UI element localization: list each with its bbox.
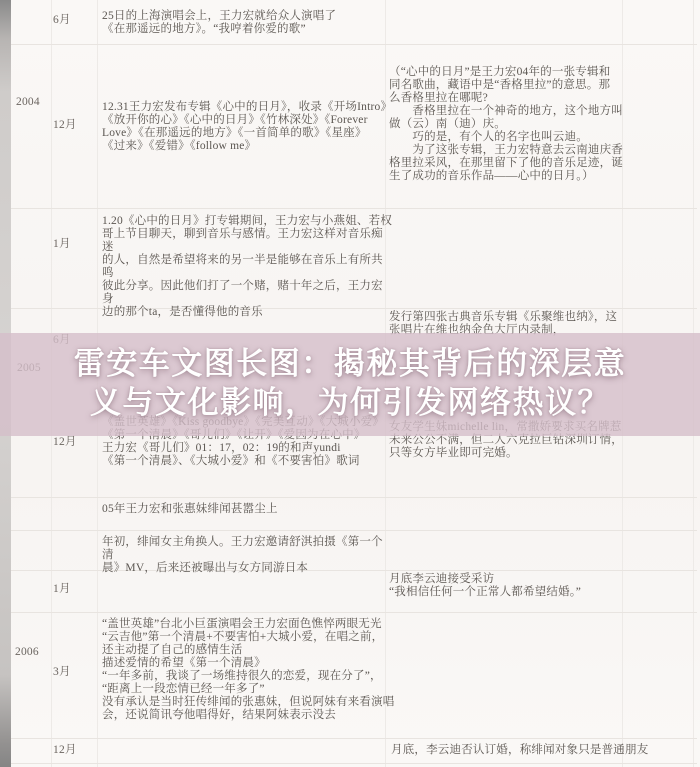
row-divider — [11, 738, 697, 739]
event-ten-year-bet: 1.20《心中的日月》打专辑期间，王力宏与小燕姐、若权 哥上节目聊天，聊到音乐与… — [102, 215, 394, 319]
month-label-dec-2005: 12月 — [53, 436, 77, 449]
row-divider — [11, 612, 697, 613]
event-hero-concert: “盖世英雄”台北小巨蛋演唱会王力宏面色憔悴两眼无光 “云吉他”第一个清晨+不要害… — [102, 618, 398, 722]
headline-line-1: 雷安车文图长图：揭秘其背后的深层意 — [0, 344, 700, 383]
row-divider — [11, 44, 697, 45]
month-label-jan-2006: 1月 — [53, 583, 71, 596]
timeline-photo: 6月 25日的上海演唱会上，王力宏就给众人演唱了 《在那遥远的地方》。“我哼着你… — [0, 0, 700, 767]
month-label-dec-2006: 12月 — [53, 744, 77, 757]
comment-yundi-interview: 月底李云迪接受采访 “我相信任何一个正常人都希望结婚。” — [389, 573, 637, 599]
row-divider — [11, 530, 697, 531]
month-label-mar-2006: 3月 — [53, 666, 71, 679]
row-divider — [11, 763, 697, 764]
row-divider — [11, 497, 697, 498]
month-label-jun-2004: 6月 — [53, 14, 71, 27]
event-shanghai-concert: 25日的上海演唱会上，王力宏就给众人演唱了 《在那遥远的地方》。“我哼着你爱的歌… — [102, 10, 390, 36]
headline-title: 雷安车文图长图：揭秘其背后的深层意 义与文化影响，为何引发网络热议？ — [0, 344, 700, 422]
event-mv-japan: 年初，绯闻女主角换人。王力宏邀请舒淇拍摄《第一个清 晨》MV，后来还被曝出与女方… — [102, 536, 394, 575]
event-album-release: 12.31王力宏发布专辑《心中的日月》，收录《开场Intro》 《放开你的心》《… — [102, 101, 394, 153]
comment-shangrila-note: （“心中的日月”是王力宏04年的一张专辑和 同名歌曲，藏语中是“香格里拉”的意思… — [389, 66, 634, 183]
event-amei-rumor: 05年王力宏和张惠妹绯闻甚嚣尘上 — [102, 503, 394, 516]
year-label-2006: 2006 — [15, 646, 39, 659]
row-divider — [11, 208, 697, 209]
headline-line-2: 义与文化影响，为何引发网络热议？ — [0, 383, 700, 422]
comment-yundi-deny: 月底，李云迪否认订婚，称绯闻对象只是普通朋友 — [391, 744, 671, 757]
month-label-jan-2005: 1月 — [53, 238, 71, 251]
month-label-dec-2004: 12月 — [53, 119, 77, 132]
year-label-2004: 2004 — [16, 96, 40, 109]
